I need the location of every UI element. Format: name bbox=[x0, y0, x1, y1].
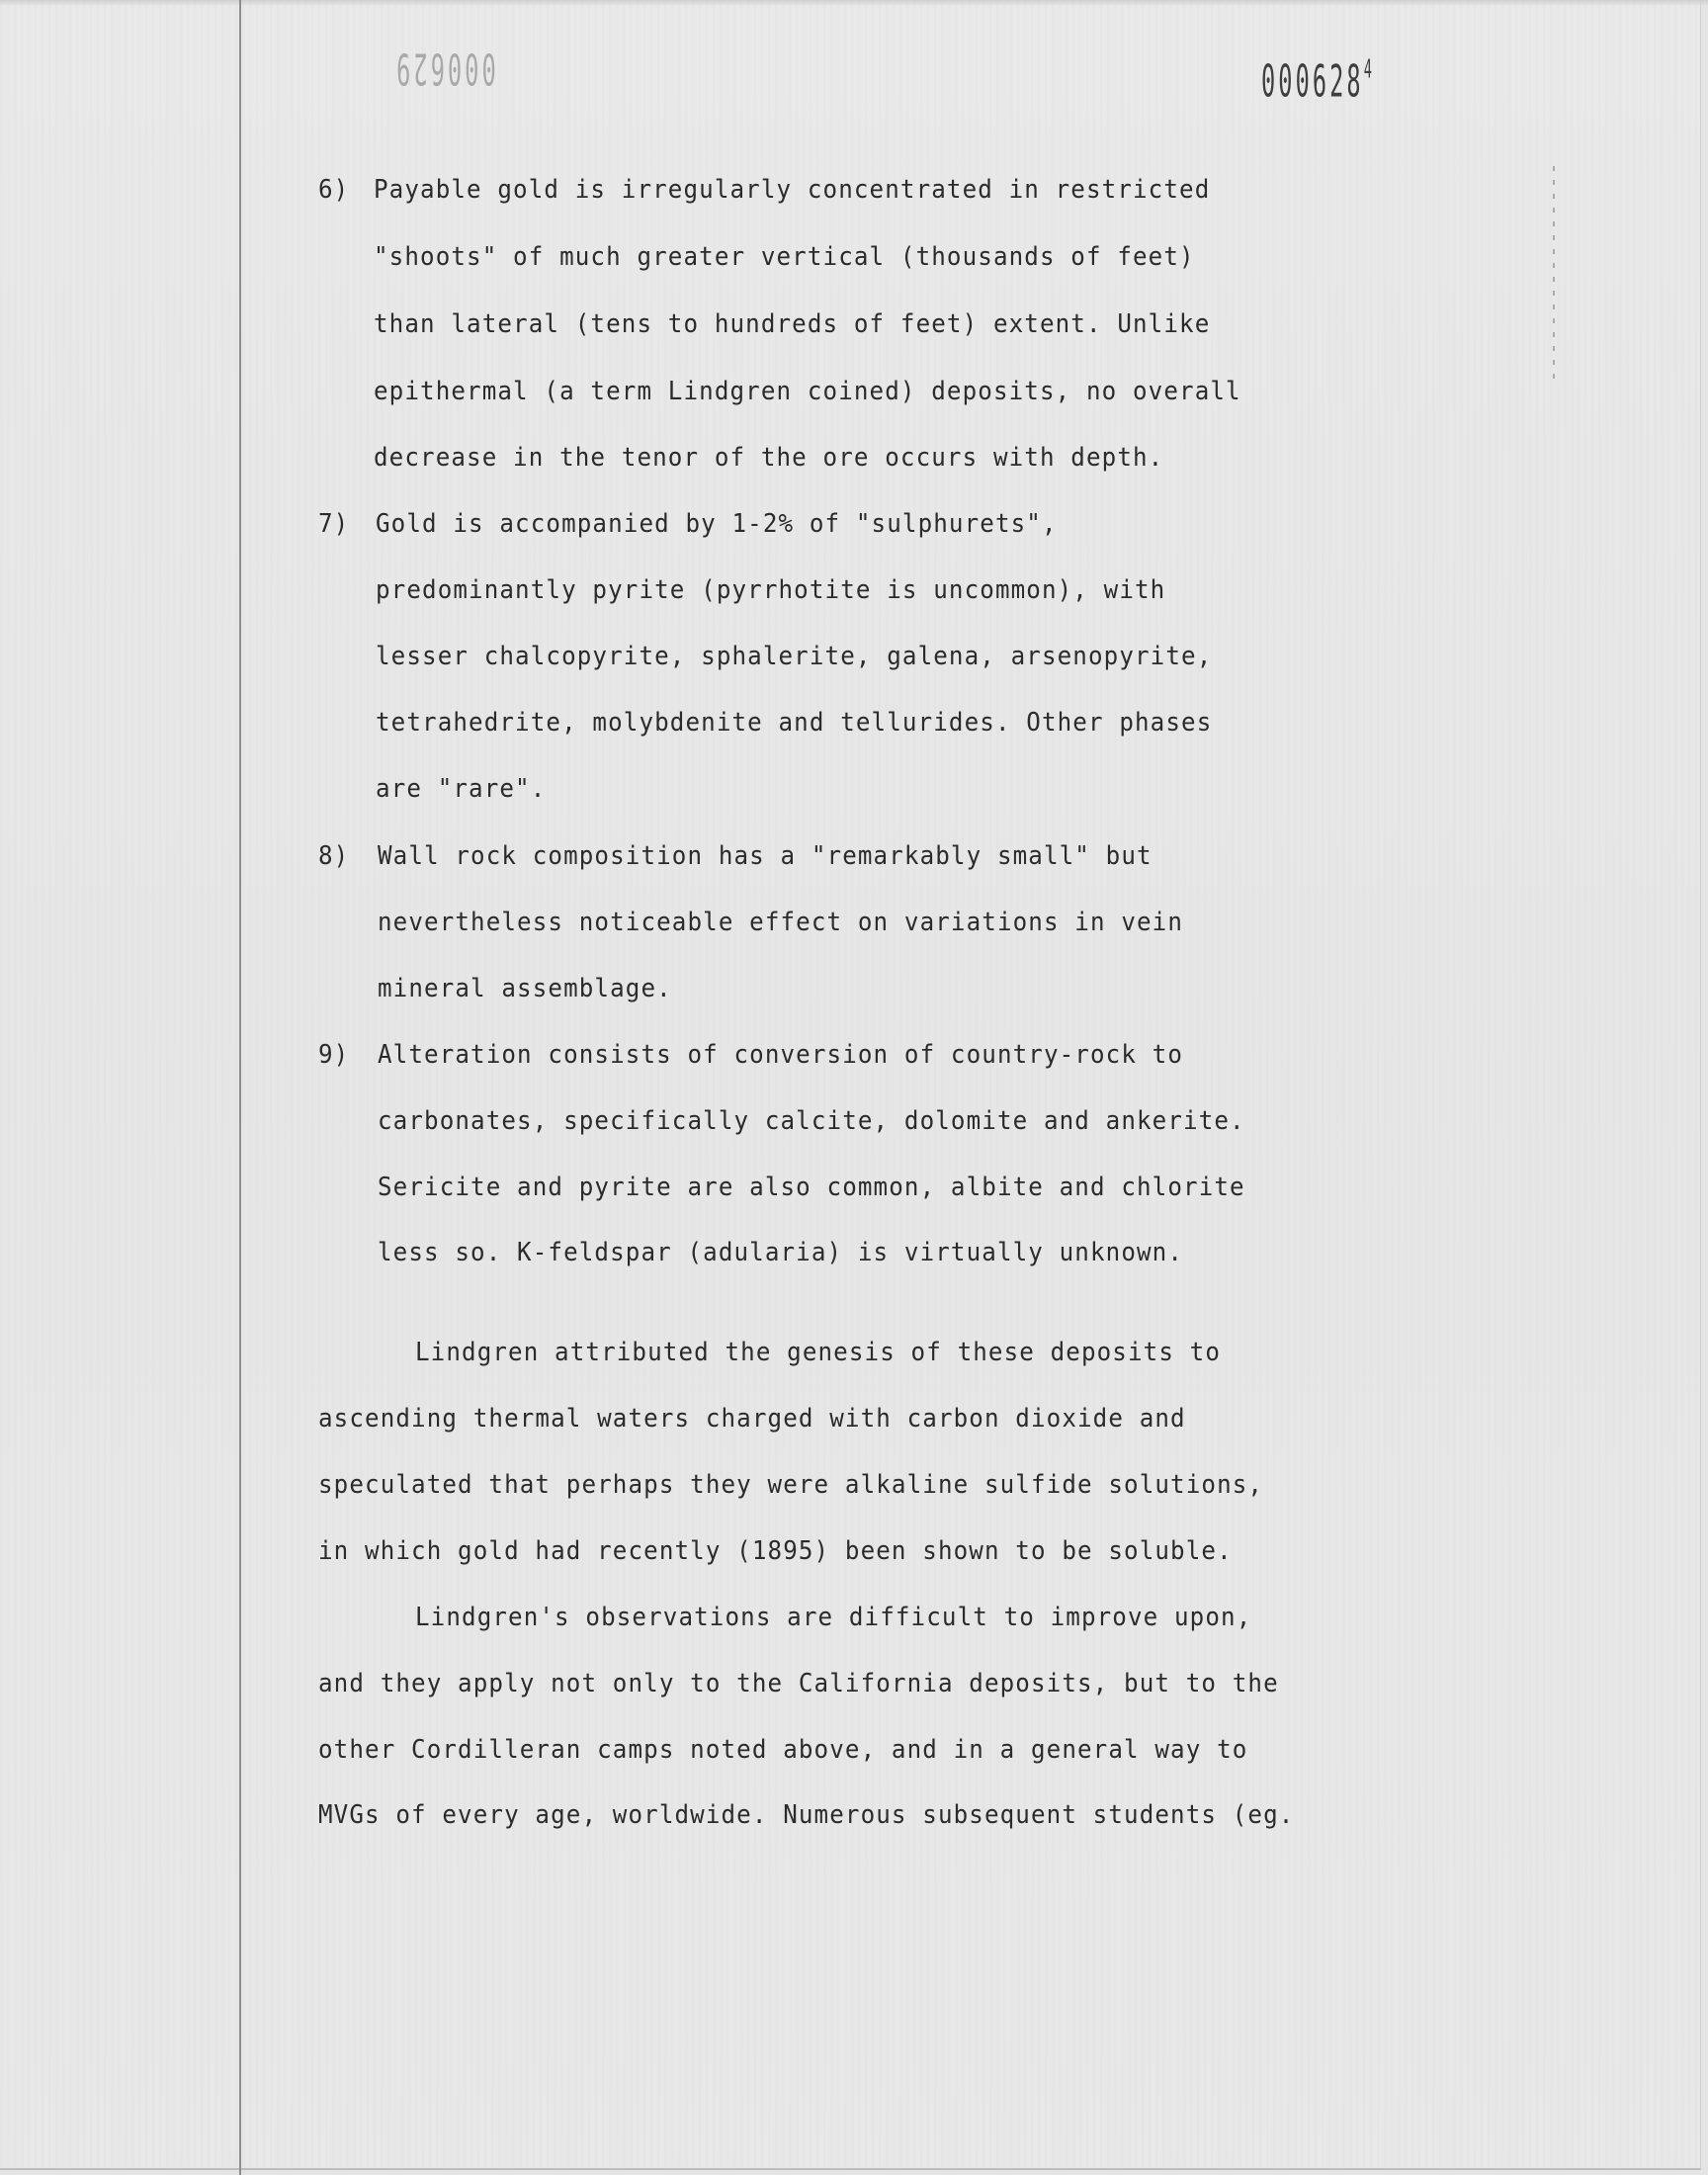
list-item-line: Wall rock composition has a "remarkably … bbox=[378, 840, 1153, 872]
page-number-superscript: 4 bbox=[1364, 55, 1372, 85]
page-number: 0006284 bbox=[1261, 55, 1372, 107]
list-item-line: less so. K-feldspar (adularia) is virtua… bbox=[378, 1237, 1183, 1268]
list-item-line: than lateral (tens to hundreds of feet) … bbox=[374, 308, 1210, 340]
paragraph-line: Lindgren attributed the genesis of these… bbox=[415, 1337, 1221, 1368]
list-item-line: Payable gold is irregularly concentrated… bbox=[374, 174, 1210, 206]
paragraph-line: speculated that perhaps they were alkali… bbox=[318, 1469, 1263, 1501]
right-margin-marks bbox=[1553, 166, 1555, 384]
list-item-line: "shoots" of much greater vertical (thous… bbox=[374, 241, 1195, 273]
mirrored-bleed-through-stamp: 000629 bbox=[393, 43, 496, 94]
paragraph-line: other Cordilleran camps noted above, and… bbox=[318, 1734, 1247, 1766]
page-number-text: 000628 bbox=[1261, 55, 1364, 107]
margin-rule bbox=[239, 0, 241, 2175]
paragraph-line: MVGs of every age, worldwide. Numerous s… bbox=[318, 1799, 1294, 1831]
list-item-number: 6) bbox=[318, 174, 349, 206]
list-item-number: 9) bbox=[318, 1039, 349, 1071]
list-item-number: 7) bbox=[318, 508, 349, 540]
list-item-line: tetrahedrite, molybdenite and tellurides… bbox=[376, 707, 1212, 739]
list-item-line: carbonates, specifically calcite, dolomi… bbox=[378, 1105, 1245, 1137]
list-item-line: Alteration consists of conversion of cou… bbox=[378, 1039, 1183, 1071]
paragraph-line: Lindgren's observations are difficult to… bbox=[415, 1602, 1251, 1633]
list-item-line: Sericite and pyrite are also common, alb… bbox=[378, 1172, 1245, 1203]
list-item-line: are "rare". bbox=[376, 773, 546, 805]
list-item-line: mineral assemblage. bbox=[378, 973, 672, 1004]
list-item-line: nevertheless noticeable effect on variat… bbox=[378, 907, 1183, 938]
list-item-line: decrease in the tenor of the ore occurs … bbox=[374, 442, 1163, 474]
paragraph-line: in which gold had recently (1895) been s… bbox=[318, 1535, 1233, 1567]
mirrored-stamp-text: 000629 bbox=[393, 43, 496, 94]
list-item-line: lesser chalcopyrite, sphalerite, galena,… bbox=[376, 641, 1212, 672]
list-item-line: predominantly pyrite (pyrrhotite is unco… bbox=[376, 574, 1165, 606]
paragraph-line: and they apply not only to the Californi… bbox=[318, 1668, 1279, 1699]
page-top-shadow bbox=[0, 0, 1708, 6]
list-item-number: 8) bbox=[318, 840, 349, 872]
list-item-line: Gold is accompanied by 1-2% of "sulphure… bbox=[376, 508, 1058, 540]
paragraph-line: ascending thermal waters charged with ca… bbox=[318, 1403, 1186, 1435]
scanned-page: 000629 0006284 6) Payable gold is irregu… bbox=[0, 0, 1701, 2170]
list-item-line: epithermal (a term Lindgren coined) depo… bbox=[374, 376, 1241, 407]
